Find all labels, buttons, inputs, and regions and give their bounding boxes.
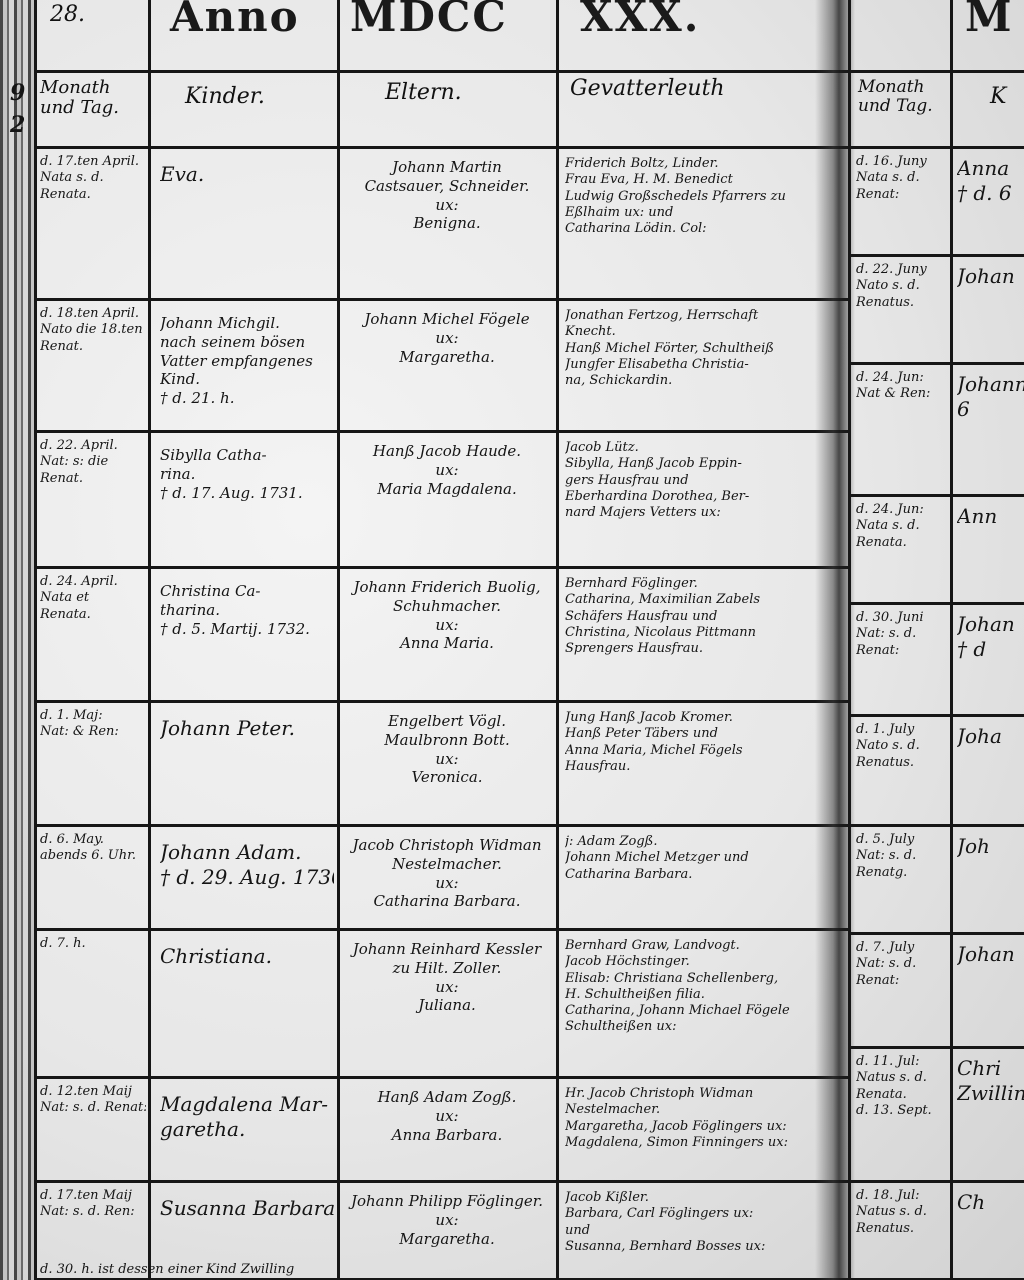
text-line: Margaretha. — [342, 1230, 552, 1249]
godparents: Bernhard Föglinger.Catharina, Maximilian… — [565, 576, 845, 657]
text-line: Christina, Nicolaus Pittmann — [565, 625, 845, 641]
right-child-fragment: Johann6 — [957, 372, 1024, 422]
text-line: Renata. — [40, 187, 146, 203]
text-line: Jacob Höchstinger. — [565, 954, 845, 970]
godparents: Jacob Kißler.Barbara, Carl Föglingers ux… — [565, 1190, 845, 1255]
parents: Hanß Adam Zogß.ux:Anna Barbara. — [342, 1088, 552, 1144]
text-line: zu Hilt. Zoller. — [342, 959, 552, 978]
right-child-fragment: Anna† d. 6 — [957, 156, 1024, 206]
right-child-fragment: Johan — [957, 264, 1024, 289]
text-line: Magdalena Mar- — [160, 1092, 334, 1117]
text-line: Nat: s. d. Renat: — [40, 1100, 146, 1116]
text-line: d. 24. April. — [40, 574, 146, 590]
text-line: d. 24. Jun: — [856, 502, 948, 518]
text-line: Nato s. d. — [856, 278, 948, 294]
text-line: Schultheißen ux: — [565, 1019, 845, 1035]
text-line: Renat: — [856, 643, 948, 659]
text-line: Friderich Boltz, Linder. — [565, 156, 845, 172]
text-line: Benigna. — [342, 214, 552, 233]
child-name: Johann Adam.† d. 29. Aug. 1730. — [160, 840, 334, 890]
text-line: † d. 5. Martij. 1732. — [160, 620, 334, 639]
text-line: d. 22. Juny — [856, 262, 948, 278]
text-line: Anna Maria. — [342, 634, 552, 653]
text-line: Schäfers Hausfrau und — [565, 609, 845, 625]
text-line: garetha. — [160, 1117, 334, 1142]
text-line: † d — [957, 637, 1024, 662]
text-line: Hanß Michel Förter, Schultheiß — [565, 341, 845, 357]
text-line: Barbara, Carl Föglingers ux: — [565, 1206, 845, 1222]
text-line: Hanß Peter Täbers und — [565, 726, 845, 742]
text-line: ux: — [342, 874, 552, 893]
text-line: Nata s. d. — [40, 170, 146, 186]
text-line: abends 6. Uhr. — [40, 848, 146, 864]
text-line: Renatg. — [856, 865, 948, 881]
text-line: Nestelmacher. — [342, 855, 552, 874]
entry-date: d. 1. Maj:Nat: & Ren: — [40, 708, 146, 741]
entry-date: d. 24. April.Nata etRenata. — [40, 574, 146, 623]
right-entry-date: d. 7. JulyNat: s. d.Renat: — [856, 940, 948, 989]
text-line: Johann Friderich Buolig, — [342, 578, 552, 597]
text-line: Ch — [957, 1190, 1024, 1215]
right-entry-date: d. 24. Jun:Nata s. d.Renata. — [856, 502, 948, 551]
child-name: Johann Peter. — [160, 716, 334, 741]
register-page: 9 2 28. Anno MDCC XXX. M Monath und Tag.… — [0, 0, 1024, 1280]
entry-date: d. 12.ten MaijNat: s. d. Renat: — [40, 1084, 146, 1117]
text-line: † d. 6 — [957, 181, 1024, 206]
text-line: Catharina Lödin. Col: — [565, 221, 845, 237]
text-line: Ann — [957, 504, 1024, 529]
text-line: rina. — [160, 465, 334, 484]
column-header-children-right: K — [990, 84, 1006, 109]
text-line: d. 12.ten Maij — [40, 1084, 146, 1100]
text-line: Susanna, Bernhard Bosses ux: — [565, 1239, 845, 1255]
text-line: Eßlhaim ux: und — [565, 205, 845, 221]
text-line: Susanna Barbara. — [160, 1196, 334, 1221]
text-line: d. 17.ten Maij — [40, 1188, 146, 1204]
book-binding — [0, 0, 34, 1280]
text-line: Christina Ca- — [160, 582, 334, 601]
text-line: Jung Hanß Jacob Kromer. — [565, 710, 845, 726]
entry-date: d. 6. May.abends 6. Uhr. — [40, 832, 146, 865]
text-line: Frau Eva, H. M. Benedict — [565, 172, 845, 188]
text-line: Anna Maria, Michel Fögels — [565, 743, 845, 759]
text-line: Jacob Kißler. — [565, 1190, 845, 1206]
text-line: Zwilling — [957, 1081, 1024, 1106]
godparents: Jung Hanß Jacob Kromer.Hanß Peter Täbers… — [565, 710, 845, 775]
text-line: Johann Reinhard Kessler — [342, 940, 552, 959]
text-line: Johann Martin — [342, 158, 552, 177]
margin-mark: 9 — [10, 80, 25, 106]
text-line: j: Adam Zogß. — [565, 834, 845, 850]
text-line: d. 16. Juny — [856, 154, 948, 170]
text-line: Nato die 18.ten — [40, 322, 146, 338]
text-line: Joha — [957, 724, 1024, 749]
text-line: Hr. Jacob Christoph Widman — [565, 1086, 845, 1102]
page-number: 28. — [50, 2, 85, 27]
text-line: Renatus. — [856, 295, 948, 311]
right-entry-date: d. 18. Jul:Natus s. d.Renatus. — [856, 1188, 948, 1237]
text-line: Renat: — [856, 973, 948, 989]
right-child-fragment: Johan — [957, 942, 1024, 967]
text-line: Eva. — [160, 162, 334, 187]
child-name: Christina Ca-tharina.† d. 5. Martij. 173… — [160, 582, 334, 638]
text-line: Catharina, Johann Michael Fögele — [565, 1003, 845, 1019]
column-header-parents: Eltern. — [385, 80, 462, 105]
text-line: ux: — [342, 461, 552, 480]
text-line: Joh — [957, 834, 1024, 859]
text-line: d. 17.ten April. — [40, 154, 146, 170]
text-line: † d. 29. Aug. 1730. — [160, 865, 334, 890]
text-line: Catharina Barbara. — [342, 892, 552, 911]
text-line: Johan — [957, 612, 1024, 637]
text-line: Veronica. — [342, 768, 552, 787]
right-entry-date: d. 11. Jul:Natus s. d.Renata.d. 13. Sept… — [856, 1054, 948, 1119]
text-line: d. 1. Maj: — [40, 708, 146, 724]
text-line: Knecht. — [565, 324, 845, 340]
text-line: Nat: & Ren: — [40, 724, 146, 740]
right-entry-date: d. 16. JunyNata s. d.Renat: — [856, 154, 948, 203]
child-name: Magdalena Mar-garetha. — [160, 1092, 334, 1142]
text-line: † d. 17. Aug. 1731. — [160, 484, 334, 503]
text-line: gers Hausfrau und — [565, 473, 845, 489]
right-entry-date: d. 22. JunyNato s. d.Renatus. — [856, 262, 948, 311]
godparents: Friderich Boltz, Linder.Frau Eva, H. M. … — [565, 156, 845, 237]
parents: Johann Philipp Föglinger.ux:Margaretha. — [342, 1192, 552, 1248]
right-child-fragment: ChriZwilling — [957, 1056, 1024, 1106]
text-line: Juliana. — [342, 996, 552, 1015]
text-line: Johann Adam. — [160, 840, 334, 865]
text-line: Bernhard Graw, Landvogt. — [565, 938, 845, 954]
text-line: d. 1. July — [856, 722, 948, 738]
text-line: Vatter empfangenes — [160, 352, 334, 371]
text-line: Natus s. d. — [856, 1070, 948, 1086]
text-line: Hausfrau. — [565, 759, 845, 775]
text-line: Catharina Barbara. — [565, 867, 845, 883]
child-name: Johann Michgil.nach seinem bösenVatter e… — [160, 314, 334, 408]
text-line: Hanß Adam Zogß. — [342, 1088, 552, 1107]
entry-date: d. 7. h. — [40, 936, 146, 952]
right-entry-date: d. 5. JulyNat: s. d.Renatg. — [856, 832, 948, 881]
entry-date: d. 17.ten MaijNat: s. d. Ren: — [40, 1188, 146, 1221]
header-anno: Anno — [170, 0, 300, 41]
text-line: Castsauer, Schneider. — [342, 177, 552, 196]
text-line: Nato s. d. — [856, 738, 948, 754]
text-line: H. Schultheißen filia. — [565, 987, 845, 1003]
text-line: d. 30. Juni — [856, 610, 948, 626]
text-line: Chri — [957, 1056, 1024, 1081]
text-line: Maria Magdalena. — [342, 480, 552, 499]
text-line: Margaretha. — [342, 348, 552, 367]
right-child-fragment: Johan† d — [957, 612, 1024, 662]
margin-mark: 2 — [10, 112, 25, 138]
parents: Johann MartinCastsauer, Schneider.ux:Ben… — [342, 158, 552, 233]
text-line: d. 6. May. — [40, 832, 146, 848]
column-header-children: Kinder. — [185, 84, 265, 109]
text-line: Sibylla Catha- — [160, 446, 334, 465]
parents: Johann Michel Fögeleux:Margaretha. — [342, 310, 552, 366]
text-line: Renata. — [40, 607, 146, 623]
text-line: Hanß Jacob Haude. — [342, 442, 552, 461]
text-line: Magdalena, Simon Finningers ux: — [565, 1135, 845, 1151]
godparents: Jonathan Fertzog, HerrschaftKnecht.Hanß … — [565, 308, 845, 389]
text-line: ux: — [342, 329, 552, 348]
text-line: Nata s. d. — [856, 170, 948, 186]
parents: Engelbert Vögl.Maulbronn Bott.ux:Veronic… — [342, 712, 552, 787]
text-line: d. 5. July — [856, 832, 948, 848]
parents: Hanß Jacob Haude.ux:Maria Magdalena. — [342, 442, 552, 498]
text-line: Kind. — [160, 370, 334, 389]
header-year-roman: MDCC — [350, 0, 508, 41]
text-line: 6 — [957, 397, 1024, 422]
text-line: ux: — [342, 750, 552, 769]
right-entry-date: d. 30. JuniNat: s. d.Renat: — [856, 610, 948, 659]
child-name: Sibylla Catha-rina.† d. 17. Aug. 1731. — [160, 446, 334, 502]
text-line: nach seinem bösen — [160, 333, 334, 352]
text-line: und — [565, 1223, 845, 1239]
text-line: ux: — [342, 1107, 552, 1126]
text-line: Catharina, Maximilian Zabels — [565, 592, 845, 608]
parents: Johann Friderich Buolig,Schuhmacher.ux:A… — [342, 578, 552, 653]
header-year-roman-suffix: XXX. — [580, 0, 700, 41]
godparents: j: Adam Zogß.Johann Michel Metzger undCa… — [565, 834, 845, 883]
text-line: Nat: s. d. — [856, 626, 948, 642]
entry-date: d. 17.ten April.Nata s. d.Renata. — [40, 154, 146, 203]
column-header-date: Monath und Tag. — [40, 78, 145, 118]
text-line: Elisab: Christiana Schellenberg, — [565, 971, 845, 987]
text-line: Maulbronn Bott. — [342, 731, 552, 750]
text-line: Natus s. d. — [856, 1204, 948, 1220]
text-line: Nata s. d. — [856, 518, 948, 534]
right-child-fragment: Joh — [957, 834, 1024, 859]
child-name: Susanna Barbara. — [160, 1196, 334, 1221]
text-line: Sibylla, Hanß Jacob Eppin- — [565, 456, 845, 472]
text-line: Nat: s: die — [40, 454, 146, 470]
godparents: Jacob Lütz.Sibylla, Hanß Jacob Eppin-ger… — [565, 440, 845, 521]
text-line: Bernhard Föglinger. — [565, 576, 845, 592]
entry-date: d. 22. April.Nat: s: dieRenat. — [40, 438, 146, 487]
right-entry-date: d. 1. JulyNato s. d.Renatus. — [856, 722, 948, 771]
text-line: Anna Barbara. — [342, 1126, 552, 1145]
text-line: Nata et — [40, 590, 146, 606]
godparents: Bernhard Graw, Landvogt.Jacob Höchstinge… — [565, 938, 845, 1036]
parents: Jacob Christoph WidmanNestelmacher.ux:Ca… — [342, 836, 552, 911]
text-line: na, Schickardin. — [565, 373, 845, 389]
text-line: Renat. — [40, 339, 146, 355]
text-line: Renata. — [856, 535, 948, 551]
text-line: Johann Michel Fögele — [342, 310, 552, 329]
text-line: Johan — [957, 264, 1024, 289]
text-line: Johann — [957, 372, 1024, 397]
footer-note: d. 30. h. ist dessen einer Kind Zwilling — [40, 1262, 400, 1278]
godparents: Hr. Jacob Christoph WidmanNestelmacher.M… — [565, 1086, 845, 1151]
text-line: d. 18.ten April. — [40, 306, 146, 322]
text-line: d. 24. Jun: — [856, 370, 948, 386]
text-line: Renata. — [856, 1087, 948, 1103]
text-line: Johann Michgil. — [160, 314, 334, 333]
text-line: Sprengers Hausfrau. — [565, 641, 845, 657]
text-line: ux: — [342, 978, 552, 997]
text-line: ux: — [342, 196, 552, 215]
text-line: nard Majers Vetters ux: — [565, 505, 845, 521]
text-line: Renat: — [856, 187, 948, 203]
text-line: Renatus. — [856, 755, 948, 771]
text-line: Ludwig Großschedels Pfarrers zu — [565, 189, 845, 205]
text-line: Nat: s. d. — [856, 956, 948, 972]
text-line: tharina. — [160, 601, 334, 620]
text-line: d. 7. h. — [40, 936, 146, 952]
text-line: Anna — [957, 156, 1024, 181]
parents: Johann Reinhard Kesslerzu Hilt. Zoller.u… — [342, 940, 552, 1015]
text-line: Nat: s. d. — [856, 848, 948, 864]
text-line: d. 11. Jul: — [856, 1054, 948, 1070]
text-line: Jonathan Fertzog, Herrschaft — [565, 308, 845, 324]
right-child-fragment: Joha — [957, 724, 1024, 749]
column-header-date-right: Monath und Tag. — [858, 78, 948, 115]
text-line: Renatus. — [856, 1221, 948, 1237]
text-line: Jungfer Elisabetha Christia- — [565, 357, 845, 373]
text-line: Engelbert Vögl. — [342, 712, 552, 731]
text-line: † d. 21. h. — [160, 389, 334, 408]
text-line: Jacob Lütz. — [565, 440, 845, 456]
right-child-fragment: Ch — [957, 1190, 1024, 1215]
text-line: d. 13. Sept. — [856, 1103, 948, 1119]
text-line: ux: — [342, 616, 552, 635]
text-line: ux: — [342, 1211, 552, 1230]
text-line: Nestelmacher. — [565, 1102, 845, 1118]
text-line: Margaretha, Jacob Föglingers ux: — [565, 1119, 845, 1135]
child-name: Eva. — [160, 162, 334, 187]
text-line: Schuhmacher. — [342, 597, 552, 616]
text-line: Jacob Christoph Widman — [342, 836, 552, 855]
text-line: Johann Philipp Föglinger. — [342, 1192, 552, 1211]
header-right-fragment: M — [965, 0, 1014, 41]
text-line: Nat: s. d. Ren: — [40, 1204, 146, 1220]
text-line: d. 7. July — [856, 940, 948, 956]
text-line: Johann Peter. — [160, 716, 334, 741]
text-line: Johann Michel Metzger und — [565, 850, 845, 866]
right-entry-date: d. 24. Jun:Nat & Ren: — [856, 370, 948, 403]
text-line: Christiana. — [160, 944, 334, 969]
text-line: d. 18. Jul: — [856, 1188, 948, 1204]
text-line: Johan — [957, 942, 1024, 967]
entry-date: d. 18.ten April.Nato die 18.tenRenat. — [40, 306, 146, 355]
column-header-godparents: Gevatterleuth — [570, 76, 725, 101]
text-line: Nat & Ren: — [856, 386, 948, 402]
child-name: Christiana. — [160, 944, 334, 969]
text-line: d. 22. April. — [40, 438, 146, 454]
text-line: Eberhardina Dorothea, Ber- — [565, 489, 845, 505]
text-line: Renat. — [40, 471, 146, 487]
right-child-fragment: Ann — [957, 504, 1024, 529]
